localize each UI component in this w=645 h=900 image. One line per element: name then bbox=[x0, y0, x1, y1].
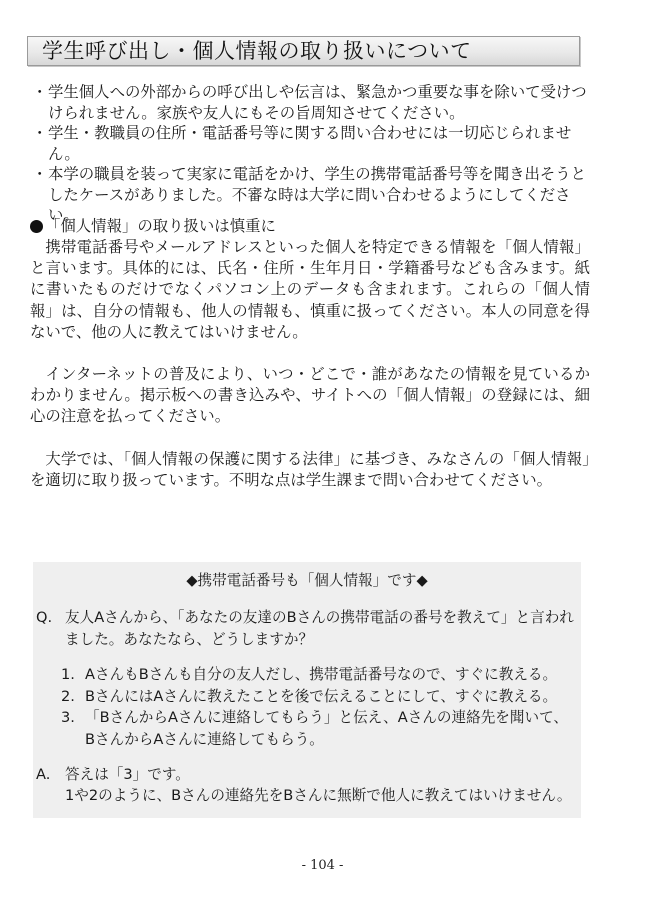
notice-text: 学生個人への外部からの呼び出しや伝言は、緊急かつ重要な事を除いて受けつけられませ… bbox=[48, 83, 587, 122]
option-item: 3. 「BさんからAさんに連絡してもらう」と伝え、Aさんの連絡先を聞いて、Bさん… bbox=[61, 707, 571, 750]
answer-options: 1. AさんもBさんも自分の友人だし、携帯電話番号なので、すぐに教える。 2. … bbox=[61, 664, 571, 750]
notice-text: 学生・教職員の住所・電話番号等に関する問い合わせには一切応じられません。 bbox=[48, 124, 571, 163]
answer: A. 答えは「3」です。 1や2のように、Bさんの連絡先をBさんに無断で他人に教… bbox=[36, 764, 576, 806]
personal-info-section: 「個人情報」の取り扱いは慎重に 携帯電話番号やメールアドレスといった個人を特定で… bbox=[30, 216, 590, 491]
qa-box: ◆携帯電話番号も「個人情報」です◆ Q. 友人Aさんから、「あなたの友達のBさん… bbox=[33, 562, 581, 818]
option-number: 2. bbox=[61, 686, 75, 708]
answer-label: A. bbox=[36, 764, 50, 785]
paragraph: インターネットの普及により、いつ・どこで・誰があなたの情報を見ているかわかりませ… bbox=[30, 364, 590, 428]
page-number: - 104 - bbox=[0, 858, 645, 874]
bullet-icon: ・ bbox=[32, 123, 47, 144]
section-heading-text: 「個人情報」の取り扱いは慎重に bbox=[45, 216, 276, 236]
option-text: BさんにはAさんに教えたことを後で伝えることにして、すぐに教える。 bbox=[85, 688, 557, 705]
notice-item: ・ 学生個人への外部からの呼び出しや伝言は、緊急かつ重要な事を除いて受けつけられ… bbox=[32, 82, 592, 123]
question-label: Q. bbox=[36, 607, 52, 629]
paragraph: 大学では、「個人情報の保護に関する法律」に基づき、みなさんの「個人情報」を適切に… bbox=[30, 449, 590, 491]
option-text: AさんもBさんも自分の友人だし、携帯電話番号なので、すぐに教える。 bbox=[85, 666, 557, 683]
page-title: 学生呼び出し・個人情報の取り扱いについて bbox=[42, 38, 472, 65]
option-number: 1. bbox=[61, 664, 75, 686]
answer-line-2: 1や2のように、Bさんの連絡先をBさんに無断で他人に教えてはいけません。 bbox=[36, 785, 576, 806]
option-number: 3. bbox=[61, 707, 75, 729]
notice-item: ・ 学生・教職員の住所・電話番号等に関する問い合わせには一切応じられません。 bbox=[32, 123, 592, 164]
page-title-bar: 学生呼び出し・個人情報の取り扱いについて bbox=[27, 36, 580, 66]
qa-title: ◆携帯電話番号も「個人情報」です◆ bbox=[33, 571, 581, 591]
option-item: 1. AさんもBさんも自分の友人だし、携帯電話番号なので、すぐに教える。 bbox=[61, 664, 571, 686]
black-circle-icon bbox=[30, 220, 43, 233]
notice-list: ・ 学生個人への外部からの呼び出しや伝言は、緊急かつ重要な事を除いて受けつけられ… bbox=[32, 82, 592, 226]
answer-line-1: 答えは「3」です。 bbox=[36, 764, 576, 785]
section-heading: 「個人情報」の取り扱いは慎重に bbox=[30, 216, 590, 236]
question-text: 友人Aさんから、「あなたの友達のBさんの携帯電話の番号を教えて」と言われました。… bbox=[36, 607, 576, 651]
option-text: 「BさんからAさんに連絡してもらう」と伝え、Aさんの連絡先を聞いて、BさんからA… bbox=[85, 709, 568, 748]
bullet-icon: ・ bbox=[32, 82, 47, 103]
paragraph: 携帯電話番号やメールアドレスといった個人を特定できる情報を「個人情報」と言います… bbox=[30, 237, 590, 343]
question: Q. 友人Aさんから、「あなたの友達のBさんの携帯電話の番号を教えて」と言われま… bbox=[36, 607, 576, 651]
bullet-icon: ・ bbox=[32, 164, 47, 185]
option-item: 2. BさんにはAさんに教えたことを後で伝えることにして、すぐに教える。 bbox=[61, 686, 571, 708]
